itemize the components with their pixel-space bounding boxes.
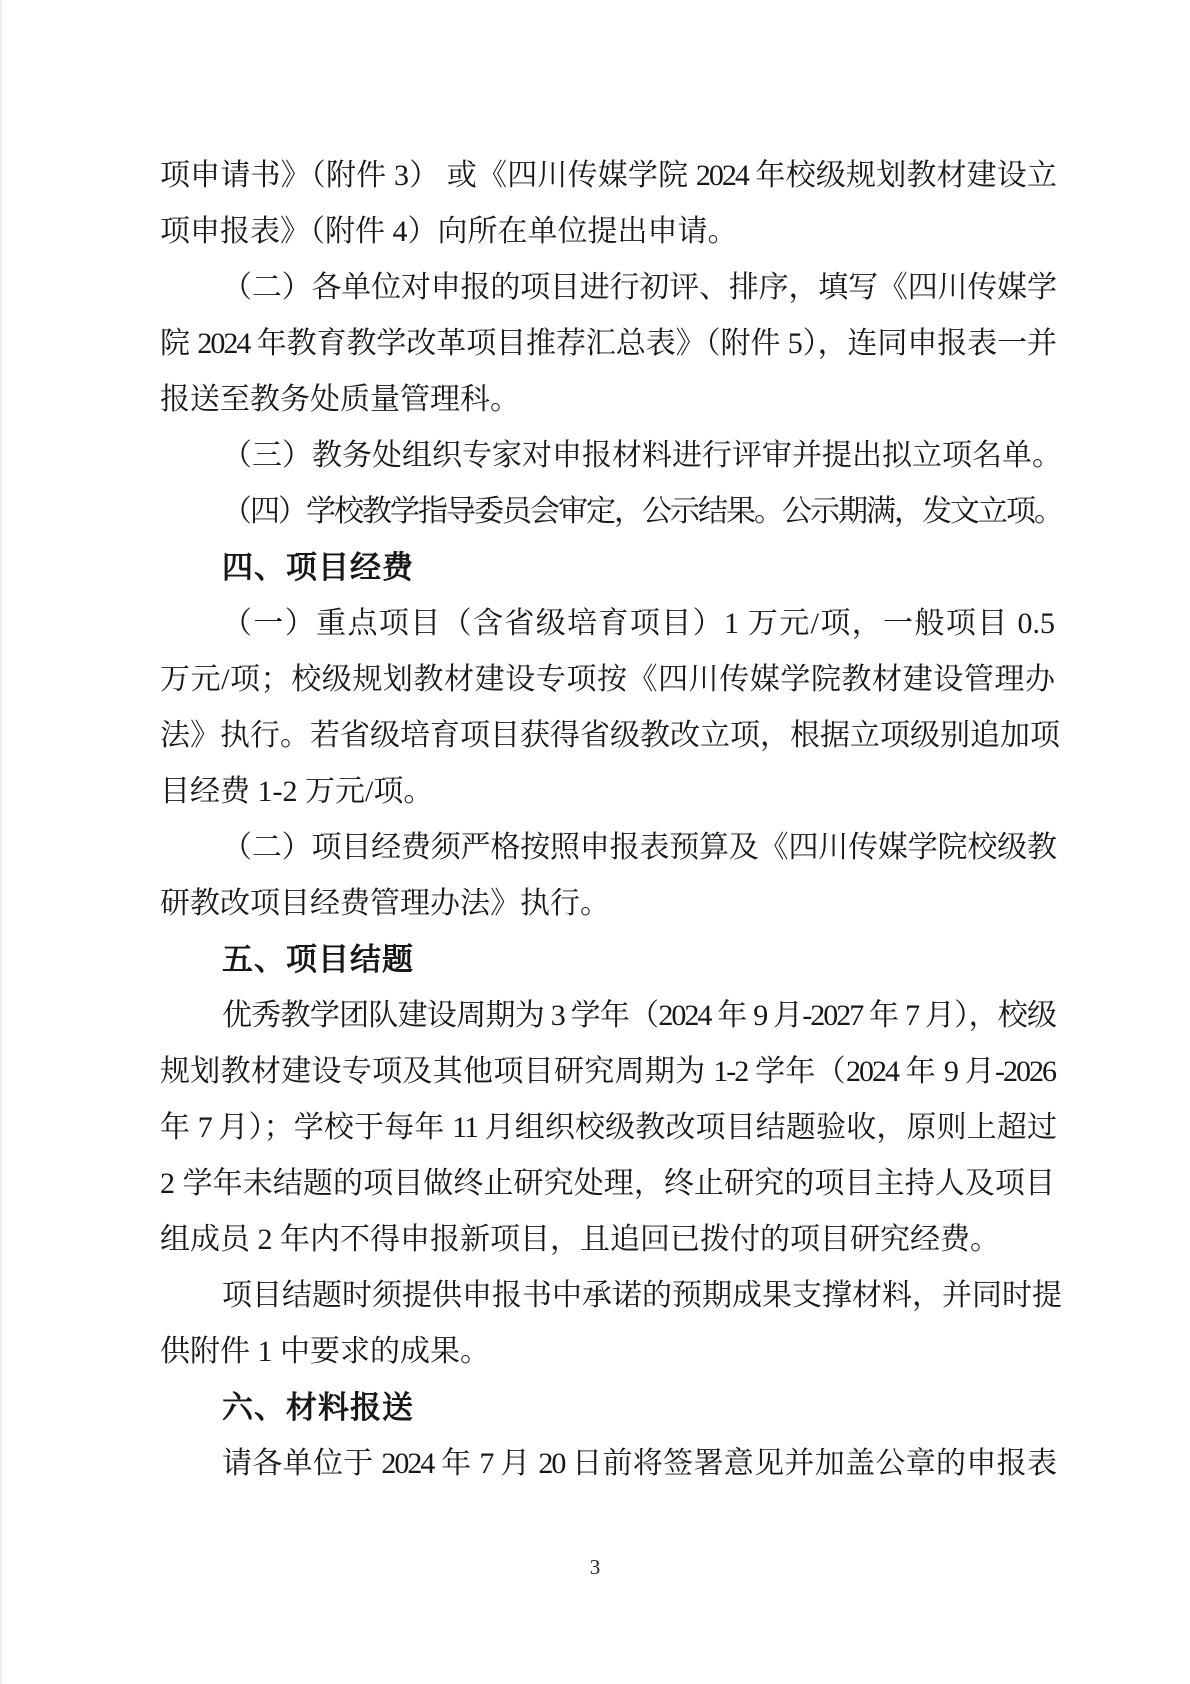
text-line: （一）重点项目（含省级培育项目）1 万元/项，一般项目 0.5 [160,596,1055,652]
document-page: 项申请书》（附件 3） 或《四川传媒学院 2024 年校级规划教材建设立项申报表… [0,0,1190,1684]
text-line: 项申请书》（附件 3） 或《四川传媒学院 2024 年校级规划教材建设立 [160,148,1055,204]
text-line: 年 7 月）；学校于每年 11 月组织校级教改项目结题验收，原则上超过 [160,1100,1055,1156]
text-line: （三）教务处组织专家对申报材料进行评审并提出拟立项名单。 [160,428,1055,484]
text-line: 2 学年未结题的项目做终止研究处理，终止研究的项目主持人及项目 [160,1156,1055,1212]
text-line: 请各单位于 2024 年 7 月 20 日前将签署意见并加盖公章的申报表 [160,1436,1055,1492]
text-line: 法》执行。若省级培育项目获得省级教改立项，根据立项级别追加项 [160,708,1055,764]
text-line: 报送至教务处质量管理科。 [160,372,1055,428]
text-line: 目经费 1-2 万元/项。 [160,764,1055,820]
scan-edge-artifact [0,0,2,1684]
section-heading: 四、项目经费 [160,540,1055,596]
section-heading: 六、材料报送 [160,1380,1055,1436]
page-number: 3 [0,1552,1190,1582]
section-heading: 五、项目结题 [160,932,1055,988]
text-line: 项申报表》（附件 4）向所在单位提出申请。 [160,204,1055,260]
text-line: 供附件 1 中要求的成果。 [160,1324,1055,1380]
text-line: 优秀教学团队建设周期为 3 学年（2024 年 9 月-2027 年 7 月），… [160,988,1055,1044]
document-body: 项申请书》（附件 3） 或《四川传媒学院 2024 年校级规划教材建设立项申报表… [160,148,1055,1492]
text-line: 万元/项；校级规划教材建设专项按《四川传媒学院教材建设管理办 [160,652,1055,708]
text-line: （二）项目经费须严格按照申报表预算及《四川传媒学院校级教 [160,820,1055,876]
text-line: 研教改项目经费管理办法》执行。 [160,876,1055,932]
text-line: 项目结题时须提供申报书中承诺的预期成果支撑材料，并同时提 [160,1268,1055,1324]
text-line: （二）各单位对申报的项目进行初评、排序，填写《四川传媒学 [160,260,1055,316]
text-line: （四）学校教学指导委员会审定，公示结果。公示期满，发文立项。 [160,484,1055,540]
text-line: 规划教材建设专项及其他项目研究周期为 1-2 学年（2024 年 9 月-202… [160,1044,1055,1100]
text-line: 组成员 2 年内不得申报新项目，且追回已拨付的项目研究经费。 [160,1212,1055,1268]
text-line: 院 2024 年教育教学改革项目推荐汇总表》（附件 5），连同申报表一并 [160,316,1055,372]
